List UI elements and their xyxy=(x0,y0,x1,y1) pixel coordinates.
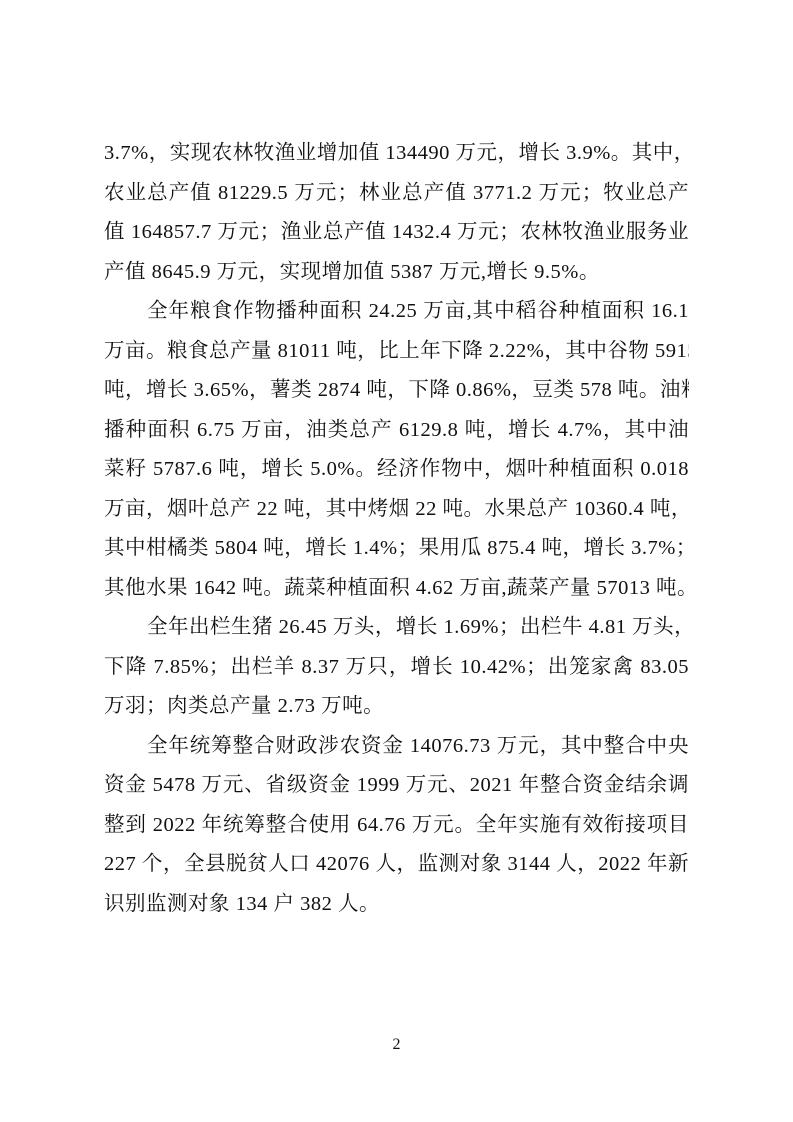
paragraph-agriculture-output: 3.7%，实现农林牧渔业增加值 134490 万元，增长 3.9%。其中， 农业… xyxy=(104,134,689,292)
text-line: 农业总产值 81229.5 万元；林业总产值 3771.2 万元；牧业总产 xyxy=(104,174,689,214)
text-line: 其他水果 1642 吨。蔬菜种植面积 4.62 万亩,蔬菜产量 57013 吨。 xyxy=(104,569,689,609)
paragraph-fiscal-funds: 全年统筹整合财政涉农资金 14076.73 万元，其中整合中央 资金 5478 … xyxy=(104,727,689,925)
text-line: 全年出栏生猪 26.45 万头，增长 1.69%；出栏牛 4.81 万头， xyxy=(104,608,689,648)
text-line: 整到 2022 年统筹整合使用 64.76 万元。全年实施有效衔接项目 xyxy=(104,806,689,846)
document-body: 3.7%，实现农林牧渔业增加值 134490 万元，增长 3.9%。其中， 农业… xyxy=(104,134,689,924)
text-line: 资金 5478 万元、省级资金 1999 万元、2021 年整合资金结余调 xyxy=(104,766,689,806)
text-line: 值 164857.7 万元；渔业总产值 1432.4 万元；农林牧渔业服务业 xyxy=(104,213,689,253)
paragraph-livestock: 全年出栏生猪 26.45 万头，增长 1.69%；出栏牛 4.81 万头， 下降… xyxy=(104,608,689,727)
text-line: 其中柑橘类 5804 吨，增长 1.4%；果用瓜 875.4 吨，增长 3.7%… xyxy=(104,529,689,569)
paragraph-grain-crops: 全年粮食作物播种面积 24.25 万亩,其中稻谷种植面积 16.1 万亩。粮食总… xyxy=(104,292,689,608)
text-line: 全年粮食作物播种面积 24.25 万亩,其中稻谷种植面积 16.1 xyxy=(104,292,689,332)
text-line: 万亩。粮食总产量 81011 吨，比上年下降 2.22%，其中谷物 59153 xyxy=(104,332,689,372)
text-line: 菜籽 5787.6 吨，增长 5.0%。经济作物中，烟叶种植面积 0.018 xyxy=(104,450,689,490)
text-line: 产值 8645.9 万元，实现增加值 5387 万元,增长 9.5%。 xyxy=(104,253,689,293)
text-line: 识别监测对象 134 户 382 人。 xyxy=(104,885,689,925)
text-line: 下降 7.85%；出栏羊 8.37 万只，增长 10.42%；出笼家禽 83.0… xyxy=(104,648,689,688)
text-line: 万羽；肉类总产量 2.73 万吨。 xyxy=(104,687,689,727)
page-number: 2 xyxy=(0,1036,793,1054)
text-line: 吨，增长 3.65%，薯类 2874 吨，下降 0.86%，豆类 578 吨。油… xyxy=(104,371,689,411)
text-line: 3.7%，实现农林牧渔业增加值 134490 万元，增长 3.9%。其中， xyxy=(104,134,689,174)
text-line: 227 个，全县脱贫人口 42076 人，监测对象 3144 人，2022 年新 xyxy=(104,845,689,885)
text-line: 播种面积 6.75 万亩，油类总产 6129.8 吨，增长 4.7%，其中油 xyxy=(104,411,689,451)
document-page: 3.7%，实现农林牧渔业增加值 134490 万元，增长 3.9%。其中， 农业… xyxy=(0,0,793,1122)
text-line: 万亩，烟叶总产 22 吨，其中烤烟 22 吨。水果总产 10360.4 吨， xyxy=(104,490,689,530)
text-line: 全年统筹整合财政涉农资金 14076.73 万元，其中整合中央 xyxy=(104,727,689,767)
